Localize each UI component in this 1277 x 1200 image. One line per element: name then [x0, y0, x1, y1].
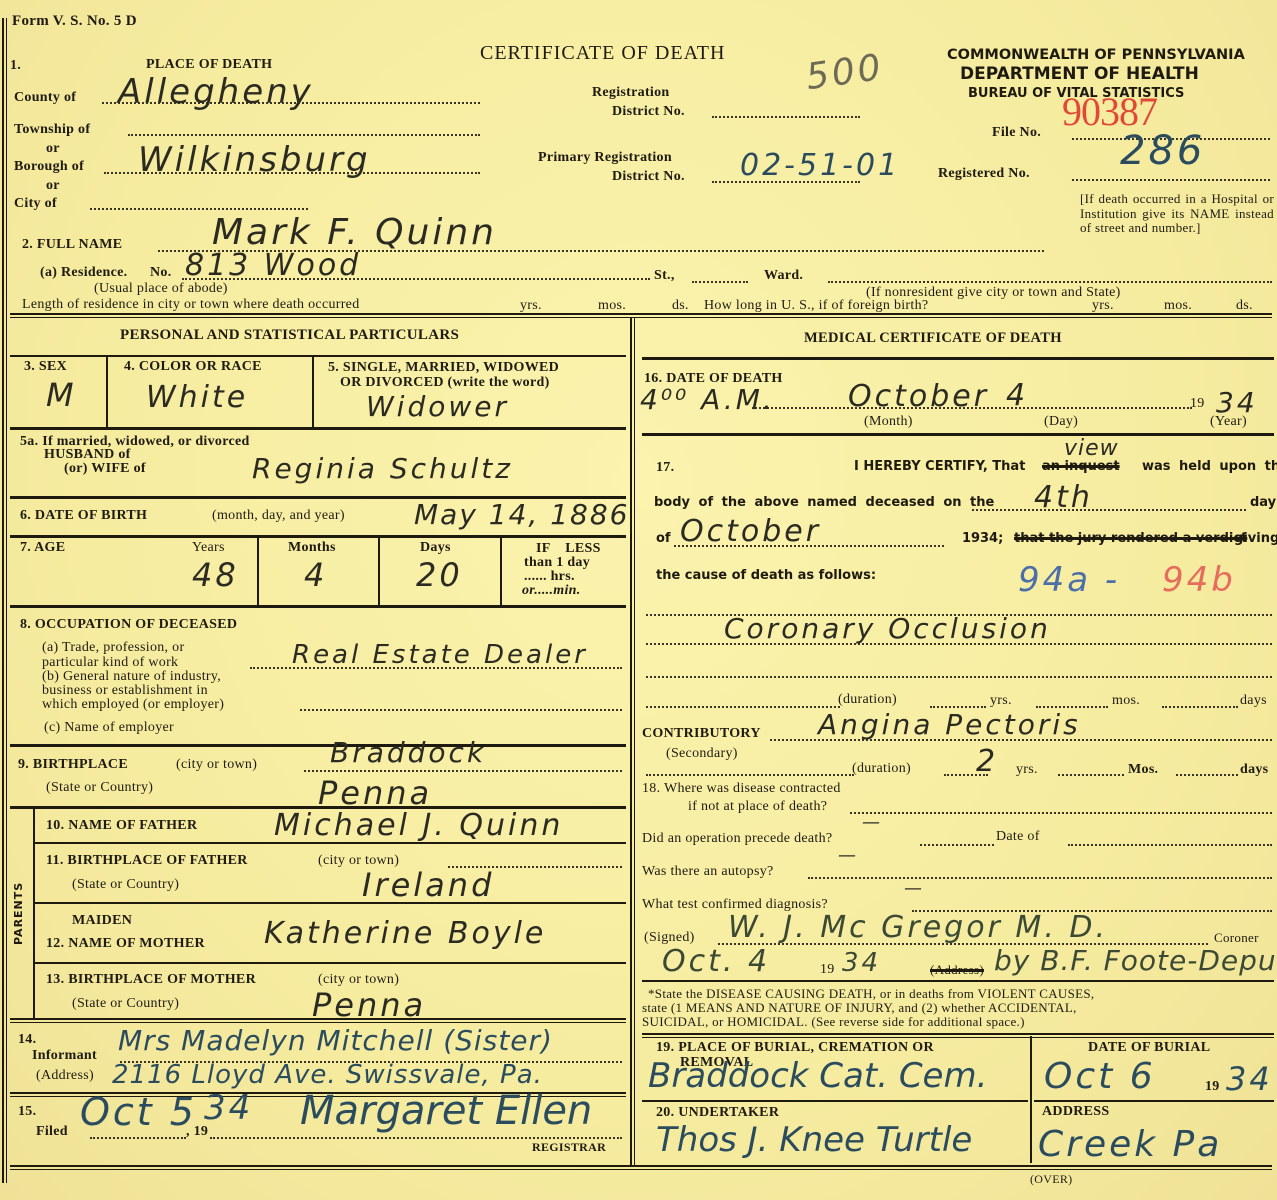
signed-year-value: 34	[842, 948, 881, 978]
undertaker-address-value: Creek Pa	[1038, 1124, 1222, 1165]
race-value: White	[146, 380, 248, 415]
inquest-year-prefix: 19	[962, 531, 980, 546]
medical-heading: MEDICAL CERTIFICATE OF DEATH	[804, 330, 1062, 347]
mos-label: mos.	[1112, 693, 1140, 709]
cause-code-red: 94b	[1162, 560, 1236, 600]
mother-birthplace-label: 13. BIRTHPLACE OF MOTHER	[46, 972, 256, 988]
borough-value: Wilkinsburg	[138, 140, 371, 180]
marital-status-hint: OR DIVORCED (write the word)	[340, 375, 550, 391]
cause-of-death-label: the cause of death as follows:	[656, 568, 876, 583]
place-of-death-heading: PLACE OF DEATH	[146, 57, 272, 73]
death-time-value: 4⁰⁰ A.M.	[640, 383, 775, 416]
registrar-signature: Margaret Ellen	[300, 1088, 592, 1134]
certify-text-2: was held upon the	[1142, 459, 1277, 474]
father-birth-state-label: (State or Country)	[72, 877, 179, 893]
burial-place-label: 19. PLACE OF BURIAL, CREMATION OR	[656, 1040, 934, 1056]
days-label: days	[1240, 693, 1267, 709]
days-label: days	[1240, 762, 1268, 778]
residence-value: 813 Wood	[185, 248, 361, 283]
days-label: Days	[420, 540, 451, 556]
section-17-number: 17.	[656, 460, 674, 476]
death-certificate: Form V. S. No. 5 D CERTIFICATE OF DEATH …	[0, 0, 1277, 1200]
birthplace-label: 9. BIRTHPLACE	[18, 757, 128, 773]
death-year-prefix: 19	[1190, 396, 1205, 412]
residence-no-label: No.	[150, 265, 172, 281]
burial-year-value: 34	[1226, 1060, 1273, 1098]
undertaker-address-label: ADDRESS	[1042, 1104, 1109, 1120]
race-label: 4. COLOR OR RACE	[124, 359, 262, 375]
burial-date-label: DATE OF BURIAL	[1088, 1040, 1210, 1056]
inquest-year-value: 34;	[980, 531, 1003, 546]
form-number: Form V. S. No. 5 D	[12, 13, 137, 30]
duration-label: (duration)	[838, 692, 897, 708]
primary-district-value: 02-51-01	[740, 148, 900, 183]
registered-no-label: Registered No.	[938, 166, 1030, 182]
birthplace-state-label: (State or Country)	[46, 780, 153, 796]
mos-label: Mos.	[1128, 762, 1158, 778]
marital-status-label: 5. SINGLE, MARRIED, WIDOWED	[328, 360, 559, 376]
contributory-value: Angina Pectoris	[818, 708, 1081, 741]
father-name-value: Michael J. Quinn	[274, 808, 563, 843]
diagnosis-test-value: —	[904, 878, 925, 899]
operation-value: —	[862, 812, 883, 833]
occupation-a-label: (a) Trade, profession, or	[42, 640, 184, 656]
mother-name-value: Katherine Boyle	[264, 916, 546, 951]
contracted-label-2: if not at place of death?	[688, 799, 827, 815]
filed-year-value: 34	[204, 1088, 253, 1128]
county-value: Allegheny	[118, 72, 314, 112]
registration-label: Registration	[592, 85, 669, 101]
or-label: or	[46, 141, 60, 157]
signed-year-prefix: 19	[820, 962, 835, 978]
day-caption: (Day)	[1044, 414, 1078, 430]
registered-no-value: 286	[1120, 128, 1205, 174]
cause-of-death-value: Coronary Occlusion	[724, 612, 1051, 645]
min-label: or.....min.	[522, 583, 581, 599]
over-label: (OVER)	[1030, 1172, 1072, 1187]
deputy-value: by B.F. Foote-Deputy	[994, 944, 1277, 977]
yrs-label: yrs.	[520, 298, 542, 314]
township-label: Township of	[14, 122, 90, 138]
agency-department: DEPARTMENT OF HEALTH	[960, 64, 1199, 84]
maiden-label: MAIDEN	[72, 913, 132, 929]
duration-label: (duration)	[852, 761, 911, 777]
undertaker-value: Thos J. Knee Turtle	[656, 1120, 972, 1160]
left-border	[2, 18, 7, 1183]
months-label: Months	[288, 540, 336, 556]
cause-code-blue: 94a -	[1018, 560, 1120, 600]
address-label-struck: (Address)	[930, 962, 984, 978]
agency-commonwealth: COMMONWEALTH OF PENNSYLVANIA	[947, 47, 1245, 63]
occupation-heading: 8. OCCUPATION OF DECEASED	[20, 617, 237, 633]
contributory-label: CONTRIBUTORY	[642, 726, 761, 742]
district-no-label: District No.	[612, 104, 685, 120]
dob-label: 6. DATE OF BIRTH	[20, 508, 147, 524]
year-caption: (Year)	[1210, 414, 1247, 430]
employer-label: (c) Name of employer	[44, 720, 174, 736]
contracted-label: 18. Where was disease contracted	[642, 781, 841, 797]
city-label: City of	[14, 196, 57, 212]
certify-text: I HEREBY CERTIFY, That	[854, 459, 1025, 474]
operation-date-label: Date of	[996, 829, 1040, 845]
dob-value: May 14, 1886	[414, 498, 629, 531]
section-1-number: 1.	[10, 58, 21, 74]
sex-value: M	[46, 376, 77, 414]
primary-district-no-label: District No.	[612, 169, 685, 185]
burial-year-prefix: 19	[1205, 1079, 1220, 1095]
inquest-month-value: October	[680, 514, 821, 549]
usual-abode-caption: (Usual place of abode)	[94, 281, 228, 297]
years-value: 48	[192, 556, 239, 594]
full-name-value: Mark F. Quinn	[212, 212, 497, 253]
secondary-label: (Secondary)	[666, 746, 738, 762]
filed-number: 15.	[18, 1104, 36, 1120]
mother-birth-state-label: (State or Country)	[72, 996, 179, 1012]
burial-date-value: Oct 6	[1044, 1056, 1156, 1097]
spouse-value: Reginia Schultz	[252, 452, 513, 485]
signer-value: W. J. Mc Gregor M. D.	[728, 910, 1108, 945]
birthplace-city-value: Braddock	[330, 736, 486, 769]
residence-label: (a) Residence.	[40, 265, 127, 281]
day-label: day	[1250, 495, 1276, 510]
full-name-label: 2. FULL NAME	[22, 237, 122, 253]
verdict-struck-text: that the jury rendered a verdict	[1014, 531, 1247, 546]
ds-label: ds.	[1236, 298, 1253, 314]
month-caption: (Month)	[864, 414, 913, 430]
registration-district-value: 500	[804, 47, 887, 98]
birthplace-hint: (city or town)	[176, 757, 257, 773]
death-month-value: October	[848, 379, 989, 414]
marital-status-value: Widower	[366, 390, 509, 423]
autopsy-value: —	[838, 845, 859, 866]
how-long-in-us-label: How long in U. S., if of foreign birth?	[704, 298, 928, 314]
contributory-duration-value: 2	[976, 744, 998, 779]
or-label: or	[46, 178, 60, 194]
months-value: 4	[304, 556, 327, 594]
registrar-label: REGISTRAR	[532, 1140, 606, 1155]
street-label: St.,	[654, 268, 675, 284]
file-no-label: File No.	[992, 125, 1041, 141]
signed-date-value: Oct. 4	[662, 944, 770, 979]
center-divider	[630, 317, 635, 1165]
informant-label: Informant	[32, 1048, 97, 1064]
mos-label: mos.	[598, 298, 626, 314]
giving-label: giving	[1234, 531, 1277, 546]
body-text: body of the above named deceased on the	[654, 495, 994, 510]
mos-label: mos.	[1164, 298, 1192, 314]
filed-date-value: Oct 5	[80, 1090, 197, 1134]
mother-name-label: 12. NAME OF MOTHER	[46, 936, 205, 952]
years-label: Years	[192, 540, 225, 556]
hospital-note: [If death occurred in a Hospital or Inst…	[1080, 192, 1274, 236]
dob-hint: (month, day, and year)	[212, 508, 345, 524]
primary-registration-label: Primary Registration	[538, 150, 672, 166]
father-birth-state-value: Ireland	[362, 866, 494, 904]
wife-of-label: (or) WIFE of	[64, 461, 146, 477]
county-label: County of	[14, 90, 76, 106]
father-name-label: 10. NAME OF FATHER	[46, 818, 197, 834]
length-of-residence-label: Length of residence in city or town wher…	[22, 297, 360, 313]
certify-insert-view: view	[1064, 436, 1119, 461]
yrs-label: yrs.	[990, 693, 1012, 709]
informant-address-label: (Address)	[36, 1068, 94, 1084]
inquest-day-value: 4th	[1034, 480, 1093, 515]
informant-value: Mrs Madelyn Mitchell (Sister)	[118, 1024, 553, 1057]
burial-place-value: Braddock Cat. Cem.	[648, 1056, 987, 1096]
death-day-value: 4	[1006, 378, 1028, 413]
yrs-label: yrs.	[1092, 298, 1114, 314]
footnote-line-3: SUICIDAL, or HOMICIDAL. (See reverse sid…	[642, 1014, 1025, 1030]
undertaker-label: 20. UNDERTAKER	[656, 1105, 779, 1121]
personal-heading: PERSONAL AND STATISTICAL PARTICULARS	[120, 327, 459, 344]
ward-label: Ward.	[764, 268, 803, 284]
document-title: CERTIFICATE OF DEATH	[480, 42, 725, 65]
autopsy-label: Was there an autopsy?	[642, 864, 774, 880]
occupation-trade-value: Real Estate Dealer	[292, 640, 588, 670]
filed-label: Filed	[36, 1124, 68, 1140]
sex-label: 3. SEX	[24, 359, 67, 375]
operation-label: Did an operation precede death?	[642, 831, 832, 847]
informant-address-value: 2116 Lloyd Ave. Swissvale, Pa.	[112, 1060, 543, 1090]
parents-side-label: PARENTS	[12, 882, 25, 945]
age-label: 7. AGE	[20, 540, 65, 556]
occupation-b-label-3: which employed (or employer)	[42, 697, 224, 713]
informant-number: 14.	[18, 1032, 36, 1048]
certify-struck-inquest: an inquest	[1042, 459, 1120, 474]
borough-label: Borough of	[14, 159, 84, 175]
ds-label: ds.	[672, 298, 689, 314]
days-value: 20	[416, 556, 463, 594]
of-label: of	[656, 531, 671, 546]
yrs-label: yrs.	[1016, 762, 1038, 778]
father-birthplace-label: 11. BIRTHPLACE OF FATHER	[46, 853, 248, 869]
